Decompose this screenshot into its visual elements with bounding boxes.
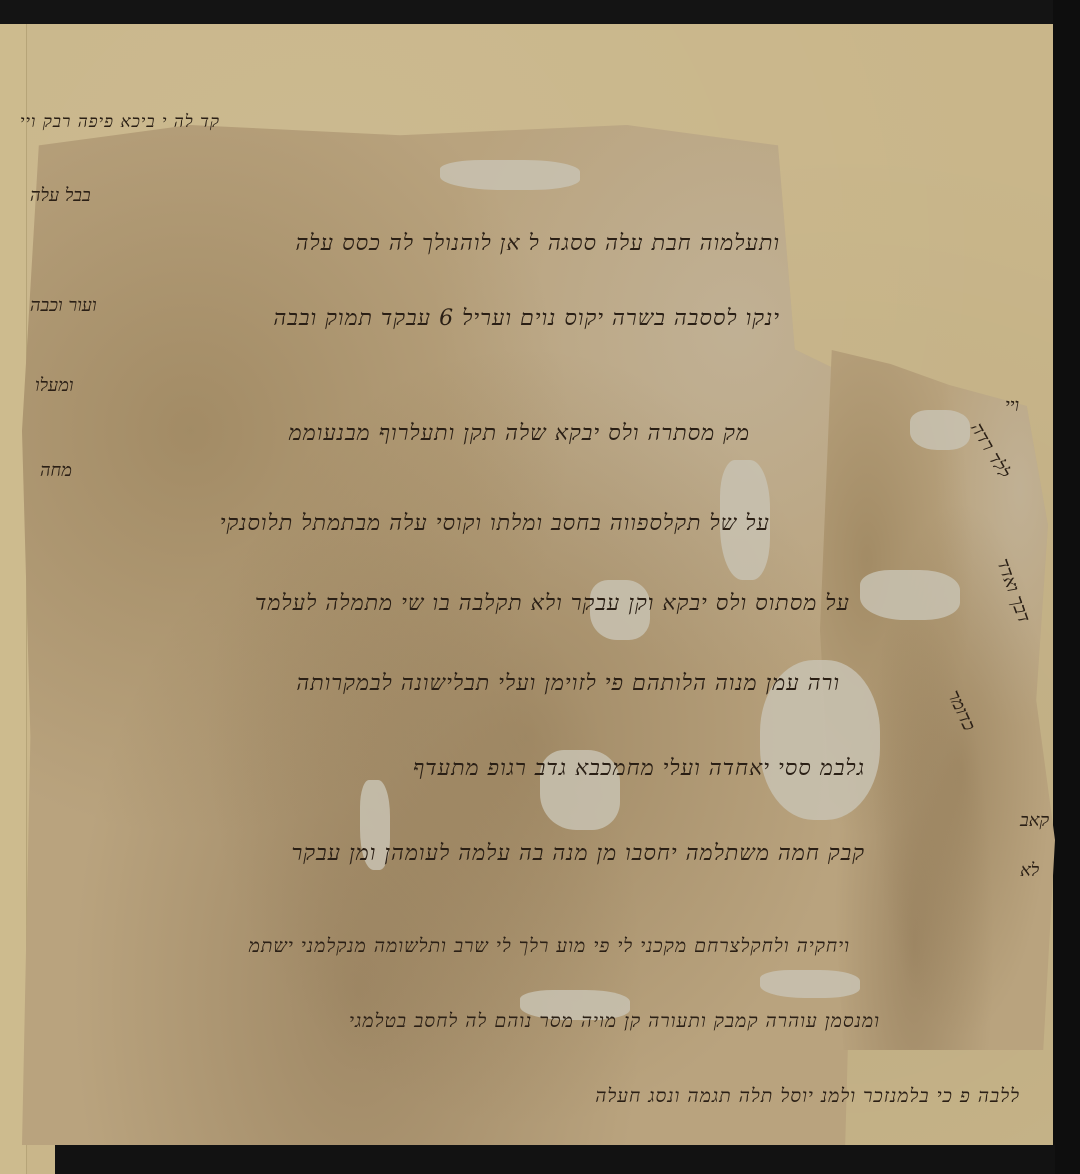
margin-note-right: קאב xyxy=(1020,810,1049,831)
repair-patch xyxy=(910,410,970,450)
text-line-1: ותעלמוה חבת עלה ססגה ל אן לוהנולך לה כסס… xyxy=(295,230,780,256)
margin-note-left: ועור וכבה xyxy=(30,295,97,316)
text-line-4: על של תקלספווה בחסב ומלתו וקוסי עלה מבתמ… xyxy=(220,510,770,536)
repair-patch xyxy=(440,160,580,190)
margin-note-right: לא xyxy=(1020,860,1039,881)
repair-patch xyxy=(760,970,860,998)
text-line-11: ללבה פ כי בלמנזכר ולמנ יוסל תלה תגמה ונס… xyxy=(595,1085,1020,1108)
dark-backdrop-right xyxy=(1053,0,1080,1174)
text-line-5: על מסתוס ולס יבקא וקן עבקר ולא תקלבה בו … xyxy=(255,590,850,616)
text-line-6: ורה עמן מנוה הלותהם פי לזוימן ועלי תבליש… xyxy=(296,670,840,696)
margin-note-left: בבל עלה xyxy=(30,185,91,206)
mount-fold-edge xyxy=(0,24,27,1174)
margin-note-left: ומעלו xyxy=(35,375,74,396)
text-line-9: ויחקיה ולחקלצרחם מקכני לי פי מוע רלך לי … xyxy=(249,935,850,958)
manuscript-fragment-main xyxy=(22,125,862,1145)
header-line: קד לה י ביכא פיפה רבק ויי xyxy=(20,112,220,132)
text-line-7: גלבמ ססי יאחדה ועלי מחמכבא גדב רגופ מתעד… xyxy=(413,755,865,781)
dark-backdrop-bottom xyxy=(55,1145,1055,1174)
repair-patch xyxy=(860,570,960,620)
margin-note-right: ויי xyxy=(1005,395,1019,416)
text-line-3: מק מסתרה ולס יבקא שלה תקן ותעלרוף מבנעומ… xyxy=(289,420,750,446)
text-line-10: ומנסמן עוהרה קמבק ותעורה קן מויה מסר נוה… xyxy=(349,1010,880,1033)
margin-note-left: מחה xyxy=(40,460,72,481)
text-line-2: ינקו לססבה בשרה יקוס נוים ועריל 6 עבקד ת… xyxy=(273,305,780,331)
text-line-8: קבק חמה משתלמה יחסבו מן מנה בה עלמה לעומ… xyxy=(291,840,865,866)
